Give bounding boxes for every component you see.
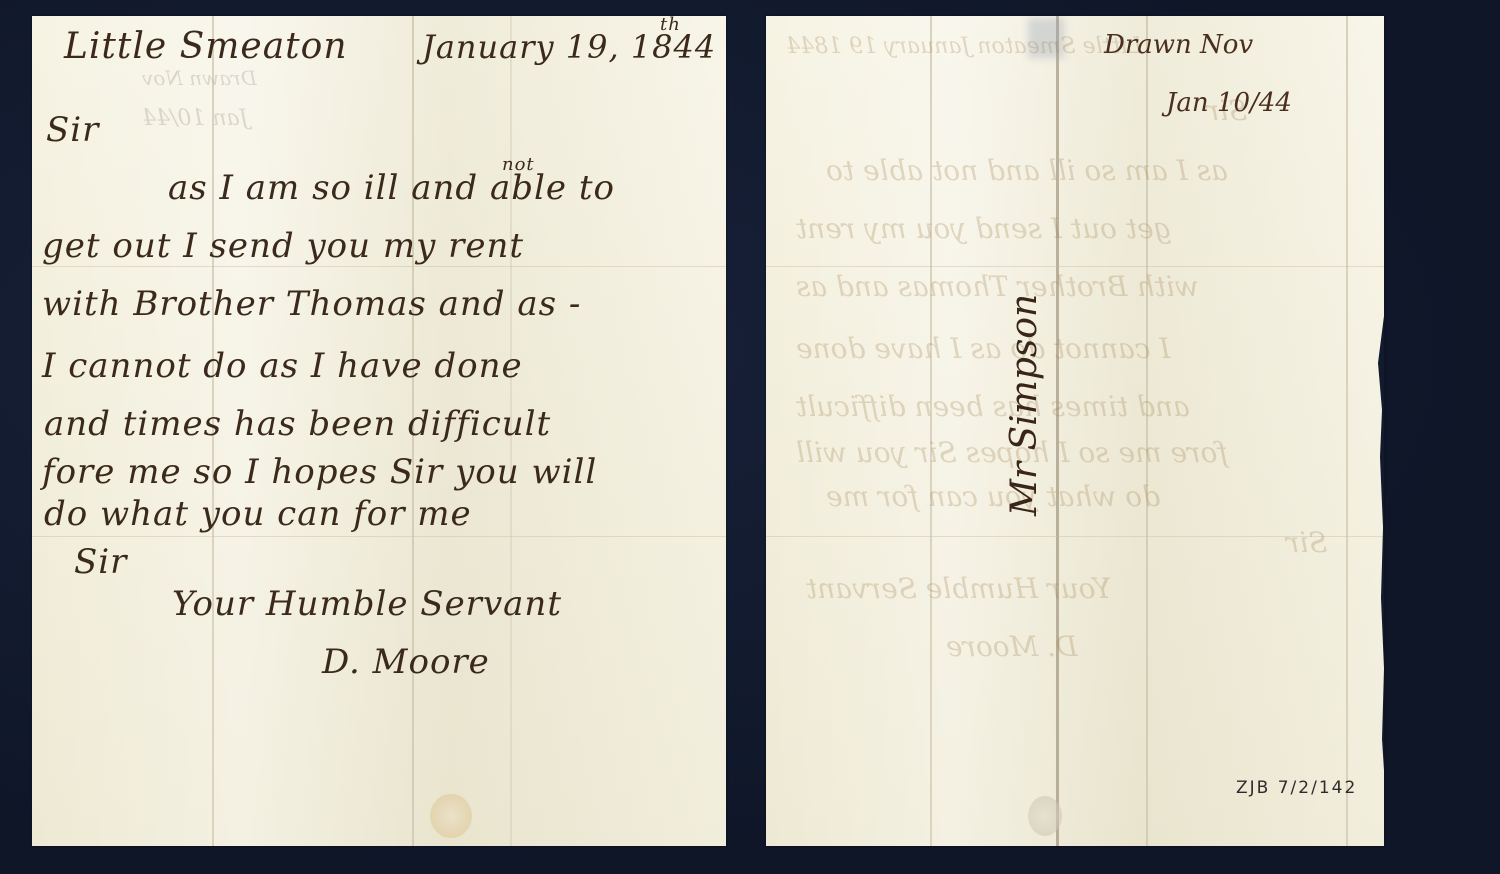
closing: Your Humble Servant	[172, 584, 562, 624]
fold-crease	[1056, 16, 1059, 846]
fold-crease	[32, 536, 726, 537]
ghost-docket-line-2: Jan 10/44	[142, 106, 249, 131]
heading-place: Little Smeaton	[64, 26, 348, 67]
body-line-3: with Brother Thomas and as -	[42, 284, 581, 324]
body-line-5: and times has been difficult	[44, 404, 551, 444]
docket-line-2: Jan 10/44	[1166, 88, 1292, 118]
heading-date-superscript: th	[660, 16, 681, 35]
address-recipient: Mr Simpson	[1004, 294, 1045, 516]
bleed-through-line: Your Humble Servant	[806, 572, 1112, 605]
fold-crease	[1146, 16, 1148, 846]
letter-back-page: Little Smeaton January 19 1844 Sir as I …	[766, 16, 1384, 846]
archive-reference: ZJB 7/2/142	[1236, 778, 1357, 798]
bleed-through-line: Little Smeaton January 19 1844	[786, 34, 1142, 59]
fold-crease	[1346, 16, 1348, 846]
seal-impression	[1028, 796, 1062, 836]
letter-front-page: Drawn Nov Jan 10/44 Little Smeaton Janua…	[32, 16, 726, 846]
ghost-docket-line-1: Drawn Nov	[142, 66, 257, 90]
body-line-7: do what you can for me	[44, 494, 472, 534]
bleed-through-line: and times has been difficult	[796, 390, 1190, 423]
docket-line-1: Drawn Nov	[1104, 30, 1253, 60]
bleed-through-line: I cannot do as I have done	[796, 332, 1170, 365]
fold-crease	[930, 16, 932, 846]
salutation: Sir	[46, 110, 99, 150]
bleed-through-line: with Brother Thomas and as	[796, 270, 1199, 303]
fold-crease	[766, 266, 1384, 267]
body-line-1: as I am so ill and able to	[168, 168, 615, 208]
bleed-through-line: D. Moore	[946, 630, 1078, 663]
body-line-2: get out I send you my rent	[42, 226, 524, 266]
bleed-through-line: as I am so ill and not able to	[826, 154, 1228, 187]
torn-edge	[1378, 316, 1384, 786]
signature: D. Moore	[322, 642, 490, 682]
bleed-through-line: get out I send you my rent	[796, 212, 1172, 245]
bleed-through-line: do what you can for me	[826, 480, 1160, 513]
wax-seal-stain	[430, 794, 472, 838]
fold-crease	[32, 266, 726, 267]
body-line-4: I cannot do as I have done	[42, 346, 523, 386]
closing-salutation: Sir	[74, 542, 127, 582]
body-line-6: fore me so I hopes Sir you will	[42, 452, 597, 492]
bleed-through-line: Sir	[1286, 526, 1328, 559]
